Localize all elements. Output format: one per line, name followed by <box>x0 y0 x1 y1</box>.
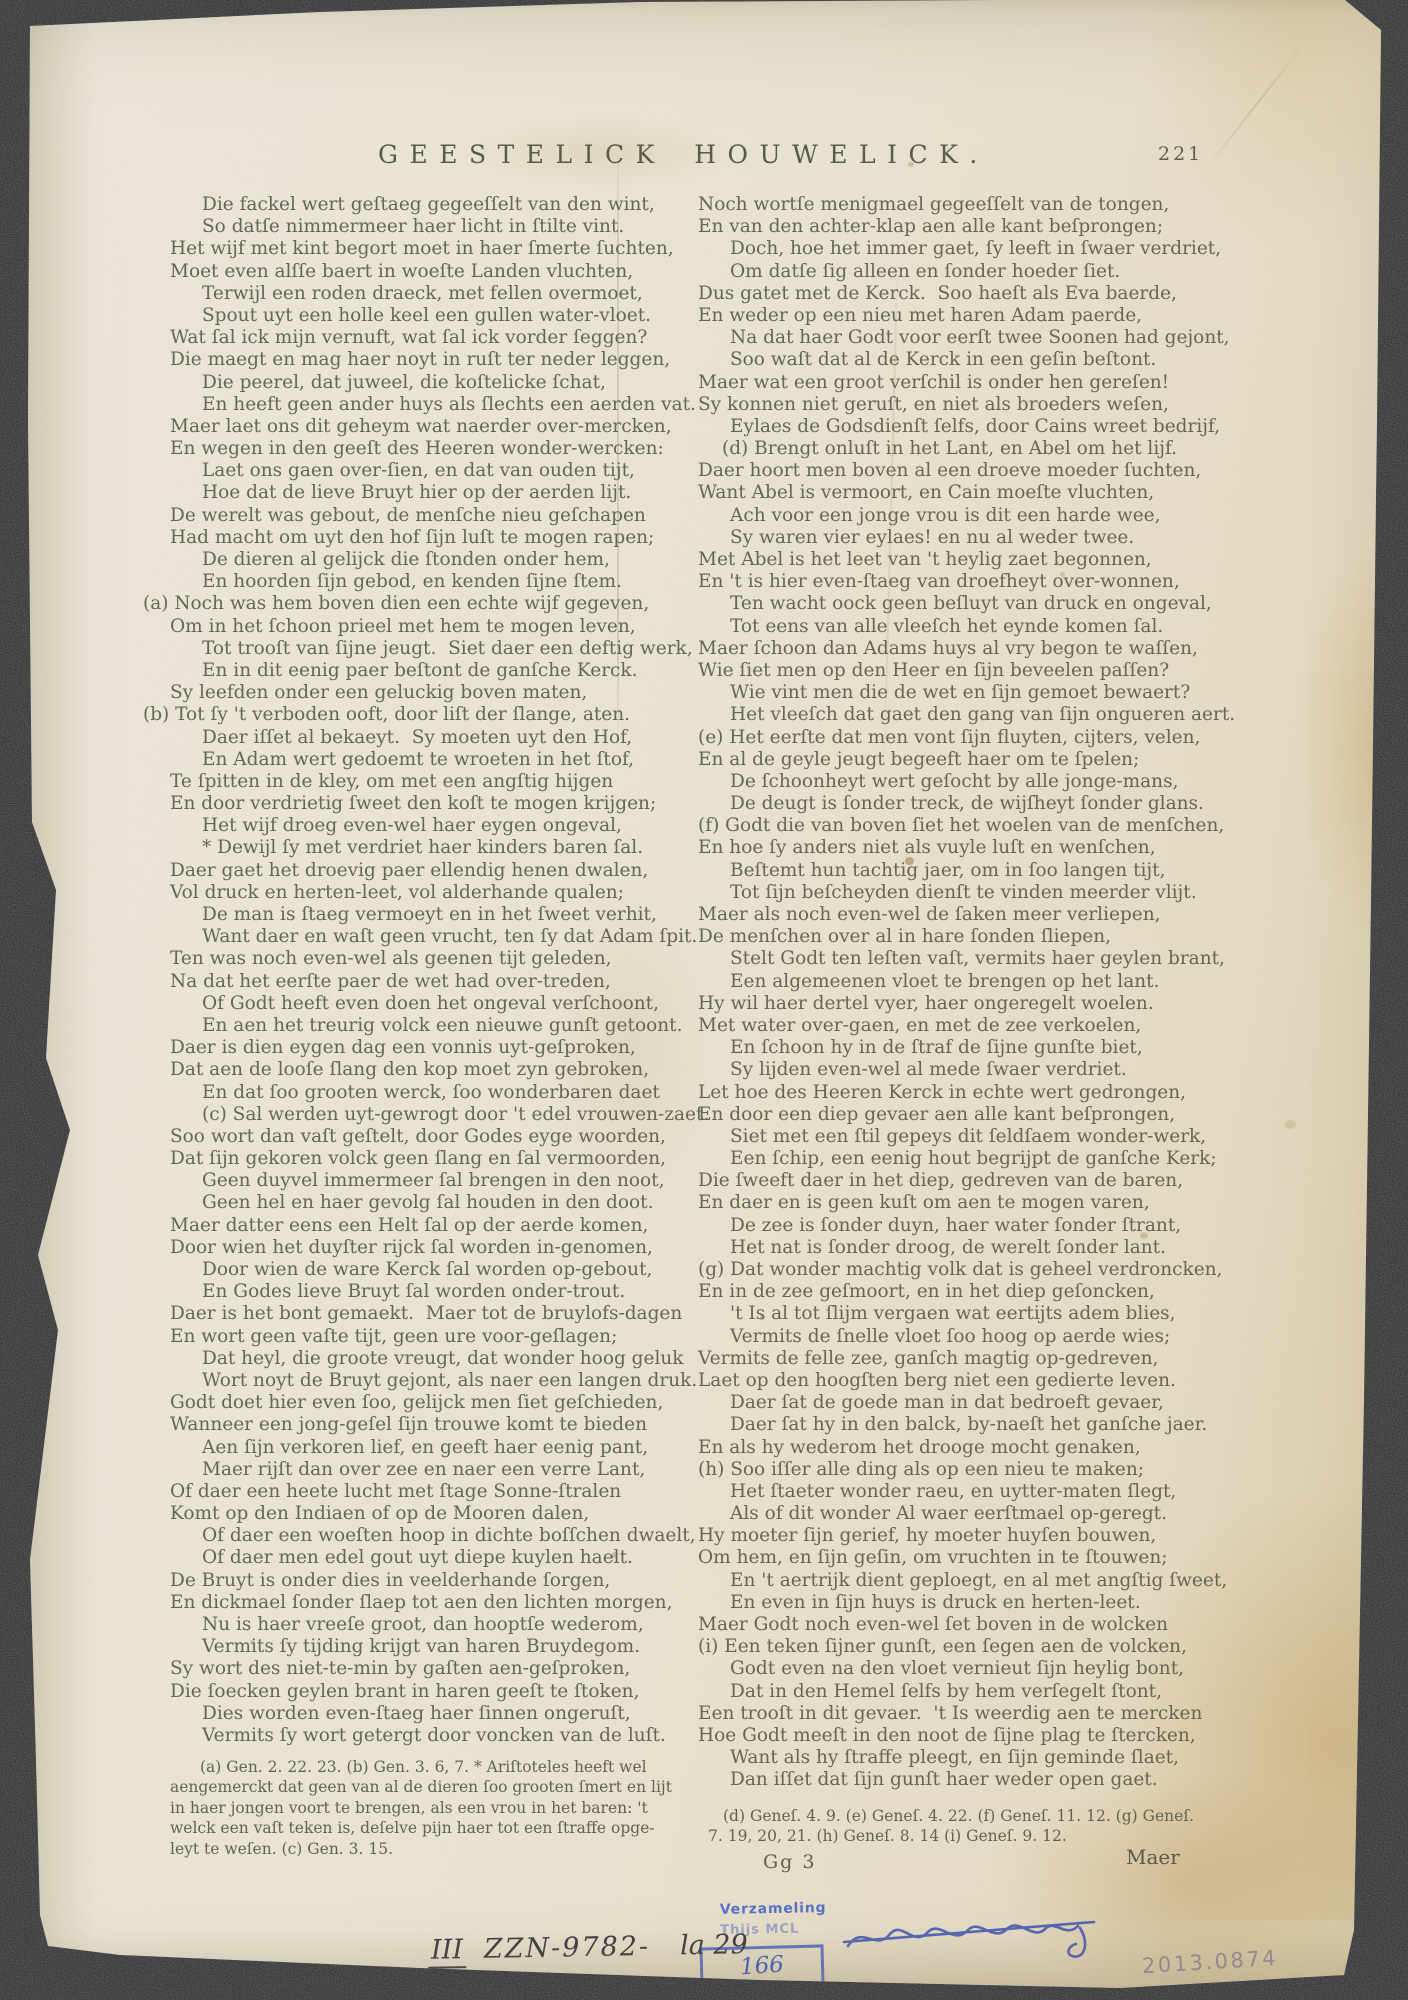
verse-line: Of daer men edel gout uyt diepe kuylen h… <box>202 1547 709 1569</box>
verse-line: Of daer een woeſten hoop in dichte boſſc… <box>202 1525 709 1547</box>
verse-line: Eylaes de Godsdienſt ſelfs, door Cains w… <box>730 416 1235 438</box>
verse-line: Een algemeenen vloet te brengen op het l… <box>730 971 1235 993</box>
verse-line: Dan iſſet dat ſijn gunſt haer weder open… <box>730 1769 1235 1791</box>
verse-line: Doch, hoe het immer gaet, ſy leeft in ſw… <box>730 238 1235 260</box>
verse-line: Dat in den Hemel ſelfs by hem verſegelt … <box>730 1681 1235 1703</box>
verse-line: (i) Een teken ſijner gunſt, een ſegen ae… <box>698 1636 1235 1658</box>
verse-line: Door wien het duyſter rijck ſal worden i… <box>170 1237 709 1259</box>
verse-line: Laet op den hoogſten berg niet een gedie… <box>698 1370 1235 1392</box>
verse-line: (h) Soo iſſer alle ding als op een nieu … <box>698 1459 1235 1481</box>
verse-line: Vermits ſy tijding krijgt van haren Bruy… <box>202 1636 709 1658</box>
verse-line: (c) Sal werden uyt-gewrogt door 't edel … <box>202 1104 709 1126</box>
footnote-line: 7. 19, 20, 21. (h) Geneſ. 8. 14 (i) Gene… <box>708 1826 1194 1846</box>
book-page-paper: GEESTELICK HOUWELICK. 221 Die fackel wer… <box>0 0 1408 2000</box>
verse-line: Door wien de ware Kerck ſal worden op-ge… <box>202 1259 709 1281</box>
verse-line: (e) Het eerſte dat men vont ſijn fluyten… <box>698 727 1235 749</box>
verse-line: Hoe Godt meeſt in den noot de ſijne plag… <box>698 1725 1235 1747</box>
verse-line: Te ſpitten in de kley, om met een angſti… <box>170 771 709 793</box>
verse-line: Godt doet hier even ſoo, gelijck men ſie… <box>170 1392 709 1414</box>
verse-line: 't Is al tot ſlijm vergaen wat eertijts … <box>730 1303 1235 1325</box>
footnote-line: in haer jongen voort te brengen, als een… <box>170 1798 672 1818</box>
footnote-line: leyt te weſen. (c) Gen. 3. 15. <box>170 1839 672 1859</box>
verse-line: Ten was noch even-wel als geenen tijt ge… <box>170 948 709 970</box>
verse-line: Aen ſijn verkoren lief, en geeft haer ee… <box>202 1437 709 1459</box>
verse-line: De dieren al gelijck die ſtonden onder h… <box>202 549 709 571</box>
verse-line: Maer Godt noch even-wel ſet boven in de … <box>698 1614 1235 1636</box>
verse-line: Dat ſijn gekoren volck geen ſlang en ſal… <box>170 1148 709 1170</box>
verse-line: Of Godt heeft even doen het ongeval verſ… <box>202 993 709 1015</box>
verse-line: Vermits ſy wort getergt door voncken van… <box>202 1725 709 1747</box>
verse-line: En heeft geen ander huys als ſlechts een… <box>202 394 709 416</box>
verse-line: Tot ſijn beſcheyden dienſt te vinden mee… <box>730 882 1235 904</box>
verse-line: De man is ſtaeg vermoeyt en in het ſweet… <box>202 904 709 926</box>
verse-line: En dickmael ſonder ſlaep tot aen den lic… <box>170 1592 709 1614</box>
verse-line: Sy lijden even-wel al mede ſwaer verdrie… <box>730 1059 1235 1081</box>
verse-line: Dus gatet met de Kerck. Soo haeſt als Ev… <box>698 283 1235 305</box>
verse-line: Sy konnen niet geruſt, en niet als broed… <box>698 394 1235 416</box>
footnote-line: welck een vaſt teken is, deſelve pijn ha… <box>170 1818 672 1838</box>
footnote-line: (d) Geneſ. 4. 9. (e) Geneſ. 4. 22. (f) G… <box>723 1806 1194 1826</box>
page-number: 221 <box>1158 143 1203 165</box>
paper-spot <box>1285 1120 1296 1129</box>
verse-line: Het wijf met kint begort moet in haer ſm… <box>170 238 709 260</box>
verse-line: En weder op een nieu met haren Adam paer… <box>698 305 1235 327</box>
verse-line: Om hem, en ſijn geſin, om vruchten in te… <box>698 1547 1235 1569</box>
verse-line: En in dit eenig paer beſtont de ganſche … <box>202 660 709 682</box>
verse-line: En van den achter-klap aen alle kant beſ… <box>698 216 1235 238</box>
verse-line: Om in het ſchoon prieel met hem te mogen… <box>170 616 709 638</box>
verse-line: Maer rijſt dan over zee en naer een verr… <box>202 1459 709 1481</box>
verse-line: Vol druck en herten-leet, vol alderhande… <box>170 882 709 904</box>
verse-line: En al de geyle jeugt begeeft haer om te … <box>698 749 1235 771</box>
verse-line: Of daer een heete lucht met ſtage Sonne-… <box>170 1481 709 1503</box>
verse-line: Met water over-gaen, en met de zee verko… <box>698 1015 1235 1037</box>
verse-line: Als of dit wonder Al waer eerſtmael op-g… <box>730 1503 1235 1525</box>
verse-column-right: Noch wortſe menigmael gegeeſſelt van de … <box>698 194 1235 1792</box>
verse-line: De menſchen over al in hare ſonden ſliep… <box>698 926 1235 948</box>
verse-line: Daer gaet het droevig paer ellendig hene… <box>170 860 709 882</box>
verse-line: Maer laet ons dit geheym wat naerder ove… <box>170 416 709 438</box>
verse-line: Maer als noch even-wel de ſaken meer ver… <box>698 904 1235 926</box>
verse-line: Die fackel wert geſtaeg gegeeſſelt van d… <box>202 194 709 216</box>
verse-line: Spout uyt een holle keel een gullen wate… <box>202 305 709 327</box>
verse-line: En ſchoon hy in de ſtraf de ſijne gunſte… <box>730 1037 1235 1059</box>
verse-line: (d) Brengt onluſt in het Lant, en Abel o… <box>722 438 1235 460</box>
verse-line: Het nat is ſonder droog, de werelt ſonde… <box>730 1237 1235 1259</box>
footnote-left: (a) Gen. 2. 22. 23. (b) Gen. 3. 6, 7. * … <box>170 1757 672 1859</box>
verse-line: Sy wort des niet-te-min by gaſten aen-ge… <box>170 1658 709 1680</box>
verse-line: Stelt Godt ten leſten vaſt, vermits haer… <box>730 948 1235 970</box>
verse-line: Met Abel is het leet van 't heylig zaet … <box>698 549 1235 571</box>
verse-line: Wie ſiet men op den Heer en ſijn beveele… <box>698 660 1235 682</box>
verse-line: De werelt was gebout, de menſche nieu ge… <box>170 505 709 527</box>
verse-line: Soo waſt dat al de Kerck in een geſin be… <box>730 349 1235 371</box>
verse-line: Geen hel en haer gevolg ſal houden in de… <box>202 1192 709 1214</box>
verse-line: Terwijl een roden draeck, met fellen ove… <box>202 283 709 305</box>
catchword: Maer <box>1126 1845 1180 1869</box>
verse-line: Sy waren vier eylaes! en nu al weder twe… <box>730 527 1235 549</box>
verse-line: En wort geen vaſte tijt, geen ure voor-g… <box>170 1326 709 1348</box>
stamp-text-line1: Verzameling <box>720 1900 827 1918</box>
verse-line: En dat ſoo grooten werck, ſoo wonderbare… <box>202 1082 709 1104</box>
verse-line: En 't is hier even-ſtaeg van droefheyt o… <box>698 571 1235 593</box>
verse-line: De ſchoonheyt wert geſocht by alle jonge… <box>730 771 1235 793</box>
verse-line: Die maegt en mag haer noyt in ruſt ter n… <box>170 349 709 371</box>
footnote-line: (a) Gen. 2. 22. 23. (b) Gen. 3. 6, 7. * … <box>200 1757 672 1777</box>
verse-line: Daer ſat de goede man in dat bedroeft ge… <box>730 1392 1235 1414</box>
verse-line: Maer wat een groot verſchil is onder hen… <box>698 372 1235 394</box>
verse-line: En hoorden ſijn gebod, en kenden ſijne ſ… <box>202 571 709 593</box>
verse-line: (b) Tot ſy 't verboden ooft, door liſt d… <box>143 704 709 726</box>
verse-line: En aen het treurig volck een nieuwe gunſ… <box>202 1015 709 1037</box>
verse-line: Om datſe ſig alleen en ſonder hoeder ſie… <box>730 261 1235 283</box>
verse-line: De zee is ſonder duyn, haer water ſonder… <box>730 1215 1235 1237</box>
verse-line: Na dat het eerſte paer de wet had over-t… <box>170 971 709 993</box>
verse-line: Ten wacht oock geen beſluyt van druck en… <box>730 593 1235 615</box>
verse-line: Noch wortſe menigmael gegeeſſelt van de … <box>698 194 1235 216</box>
verse-line: Het wijf droeg even-wel haer eygen ongev… <box>202 815 709 837</box>
verse-line: Want als hy ſtraffe pleegt, en ſijn gemi… <box>730 1747 1235 1769</box>
verse-line: Wanneer een jong-geſel ſijn trouwe komt … <box>170 1414 709 1436</box>
verse-line: Het ſtaeter wonder raeu, en uytter-maten… <box>730 1481 1235 1503</box>
verse-line: Vermits de ſnelle vloet ſoo hoog op aerd… <box>730 1326 1235 1348</box>
verse-line: Dat heyl, die groote vreugt, dat wonder … <box>202 1348 709 1370</box>
verse-line: Dies worden even-ſtaeg haer ſinnen onger… <box>202 1703 709 1725</box>
verse-line: En Godes lieve Bruyt ſal worden onder-tr… <box>202 1281 709 1303</box>
verse-line: En in de zee geſmoort, en in het diep ge… <box>698 1281 1235 1303</box>
verse-line: Daer iſſet al bekaeyt. Sy moeten uyt den… <box>202 727 709 749</box>
verse-line: En even in ſijn huys is druck en herten-… <box>730 1592 1235 1614</box>
verse-line: En als hy wederom het drooge mocht genak… <box>698 1437 1235 1459</box>
verse-column-left: Die fackel wert geſtaeg gegeeſſelt van d… <box>170 194 709 1747</box>
page-title: GEESTELICK HOUWELICK. <box>378 140 989 169</box>
verse-line: Daer hoort men boven al een droeve moede… <box>698 460 1235 482</box>
verse-line: Wat ſal ick mijn vernuft, wat ſal ick vo… <box>170 327 709 349</box>
verse-line: Een trooſt in dit gevaer. 't Is weerdig … <box>698 1703 1235 1725</box>
verse-line: Het vleeſch dat gaet den gang van ſijn o… <box>730 704 1235 726</box>
paper-crease <box>1203 37 1309 172</box>
verse-line: En Adam wert gedoemt te wroeten in het ſ… <box>202 749 709 771</box>
verse-line: Maer datter eens een Helt ſal op der aer… <box>170 1215 709 1237</box>
footnote-right: (d) Geneſ. 4. 9. (e) Geneſ. 4. 22. (f) G… <box>698 1806 1194 1847</box>
verse-line: Komt op den Indiaen of op de Mooren dale… <box>170 1503 709 1525</box>
verse-line: Want daer en waſt geen vrucht, ten ſy da… <box>202 926 709 948</box>
verse-line: Wie vint men die de wet en ſijn gemoet b… <box>730 682 1235 704</box>
verse-line: Godt even na den vloet vernieut ſijn hey… <box>730 1658 1235 1680</box>
verse-line: Daer ſat hy in den balck, by-naeſt het g… <box>730 1414 1235 1436</box>
verse-line: Daer is het bont gemaekt. Maer tot de br… <box>170 1303 709 1325</box>
verse-line: Vermits de felle zee, ganſch magtig op-g… <box>698 1348 1235 1370</box>
verse-line: Tot trooſt van ſijne jeugt. Siet daer ee… <box>202 638 709 660</box>
verse-line: Let hoe des Heeren Kerck in echte wert g… <box>698 1082 1235 1104</box>
verse-line: Nu is haer vreeſe groot, dan hooptſe wed… <box>202 1614 709 1636</box>
verse-line: En hoe ſy anders niet als vuyle luſt en … <box>698 837 1235 859</box>
verse-line: Had macht om uyt den hof ſijn luſt te mo… <box>170 527 709 549</box>
verse-line: En door een diep gevaer aen alle kant be… <box>698 1104 1235 1126</box>
verse-line: Hy moeter ſijn gerief, hy moeter huyſen … <box>698 1525 1235 1547</box>
verse-line: Die ſweeft daer in het diep, gedreven va… <box>698 1170 1235 1192</box>
verse-line: Hoe dat de lieve Bruyt hier op der aerde… <box>202 482 709 504</box>
verse-line: (g) Dat wonder machtig volk dat is gehee… <box>698 1259 1235 1281</box>
verse-line: Die ſoecken geylen brant in haren geeſt … <box>170 1681 709 1703</box>
verse-line: En daer en is geen kuſt om aen te mogen … <box>698 1192 1235 1214</box>
verse-line: Want Abel is vermoort, en Cain moeſte vl… <box>698 482 1235 504</box>
verse-line: Sy leefden onder een geluckig boven mate… <box>170 682 709 704</box>
verse-line: Wort noyt de Bruyt gejont, als naer een … <box>202 1370 709 1392</box>
verse-line: * Dewijl ſy met verdriet haer kinders ba… <box>202 837 709 859</box>
verse-line: Die peerel, dat juweel, die koſtelicke ſ… <box>202 372 709 394</box>
verse-line: Hy wil haer dertel vyer, haer ongeregelt… <box>698 993 1235 1015</box>
verse-line: Geen duyvel immermeer ſal brengen in den… <box>202 1170 709 1192</box>
verse-line: Tot eens van alle vleeſch het eynde kome… <box>730 616 1235 638</box>
verse-line: Na dat haer Godt voor eerſt twee Soonen … <box>730 327 1235 349</box>
verse-line: En wegen in den geeſt des Heeren wonder-… <box>170 438 709 460</box>
verse-line: So datſe nimmermeer haer licht in ſtilte… <box>202 216 709 238</box>
verse-line: En door verdrietig ſweet den koſt te mog… <box>170 793 709 815</box>
verse-line: Beſtemt hun tachtig jaer, om in ſoo lang… <box>730 860 1235 882</box>
verse-line: (f) Godt die van boven ſiet het woelen v… <box>698 815 1235 837</box>
signature-mark: Gg 3 <box>763 1851 816 1873</box>
verse-line: (a) Noch was hem boven dien een echte wi… <box>143 593 709 615</box>
verse-line: Siet met een ſtil gepeys dit ſeldſaem wo… <box>730 1126 1235 1148</box>
verse-line: Een ſchip, een eenig hout begrijpt de ga… <box>730 1148 1235 1170</box>
verse-line: Ach voor een jonge vrou is dit een harde… <box>730 505 1235 527</box>
verse-line: De Bruyt is onder dies in veelderhande ſ… <box>170 1570 709 1592</box>
verse-line: De deugt is ſonder treck, de wijſheyt ſo… <box>730 793 1235 815</box>
verse-line: Moet even alſſe baert in woeſte Landen v… <box>170 261 709 283</box>
verse-line: En 't aertrijk dient geploegt, en al met… <box>730 1570 1235 1592</box>
verse-line: Daer is dien eygen dag een vonnis uyt-ge… <box>170 1037 709 1059</box>
verse-line: Soo wort dan vaſt geſtelt, door Godes ey… <box>170 1126 709 1148</box>
footnote-line: aengemerckt dat geen van al de dieren ſo… <box>170 1777 672 1797</box>
verse-line: Maer ſchoon dan Adams huys al vry begon … <box>698 638 1235 660</box>
scanned-book-page: { "colors": { "background": "#2a2c2e", "… <box>0 0 1408 2000</box>
verse-line: Dat aen de looſe ſlang den kop moet zyn … <box>170 1059 709 1081</box>
verse-line: Laet ons gaen over-ſien, en dat van oude… <box>202 460 709 482</box>
